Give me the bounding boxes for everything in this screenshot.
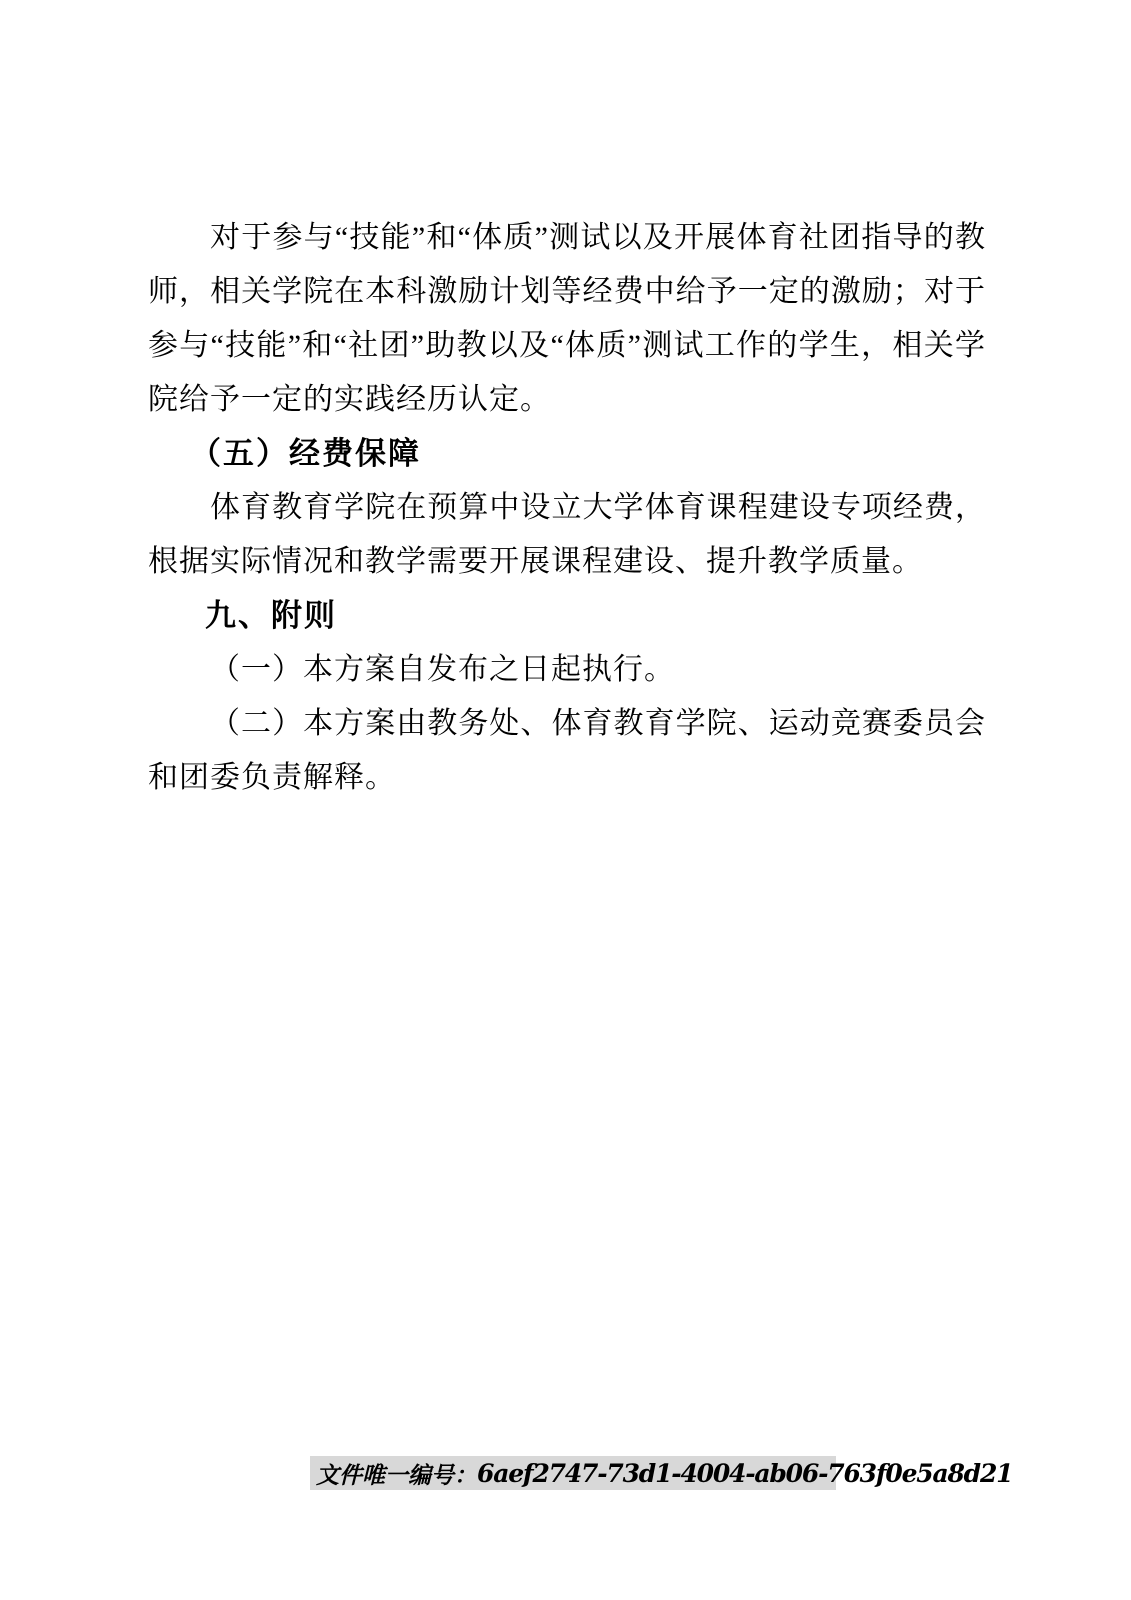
file-unique-id-value: 6aef2747-73d1-4004-ab06-763f0e5a8d21	[477, 1459, 1012, 1488]
clause-interpretation: （二）本方案由教务处、体育教育学院、运动竞赛委员会和团委负责解释。	[148, 697, 986, 805]
chapter-heading-appendix: 九、附则	[148, 589, 986, 643]
body-paragraph-budget: 体育教育学院在预算中设立大学体育课程建设专项经费，根据实际情况和教学需要开展课程…	[148, 481, 986, 589]
file-unique-id-label: 文件唯一编号：	[316, 1457, 477, 1490]
body-paragraph-incentives: 对于参与“技能”和“体质”测试以及开展体育社团指导的教师，相关学院在本科激励计划…	[148, 211, 986, 427]
document-body: 对于参与“技能”和“体质”测试以及开展体育社团指导的教师，相关学院在本科激励计划…	[148, 211, 986, 805]
section-heading-funding-guarantee: （五）经费保障	[148, 427, 986, 481]
file-unique-id-bar: 文件唯一编号： 6aef2747-73d1-4004-ab06-763f0e5a…	[310, 1456, 836, 1490]
document-page: 对于参与“技能”和“体质”测试以及开展体育社团指导的教师，相关学院在本科激励计划…	[0, 0, 1131, 1600]
clause-effective-date: （一）本方案自发布之日起执行。	[148, 643, 986, 697]
